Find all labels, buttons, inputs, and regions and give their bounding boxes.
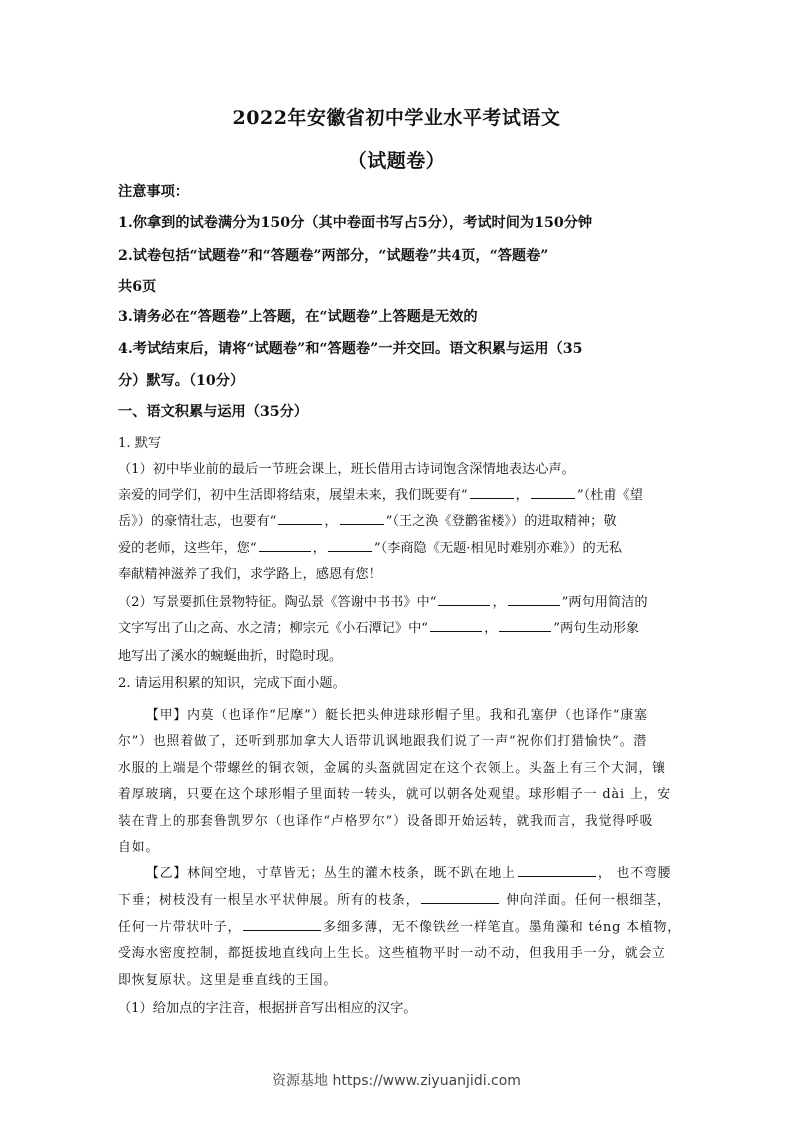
question-2-label: 2. 请运用积累的知识，完成下面小题。 — [118, 672, 346, 691]
question-1-part2-line: 文字写出了山之高、水之清；柳宗元《小石潭记》中“，”两句生动形象 — [118, 617, 639, 636]
notice-item: 3.请务必在“答题卷”上答题，在“试题卷”上答题是无效的 — [118, 306, 478, 326]
section-heading: 一、语文积累与运用（35分） — [118, 401, 308, 421]
footer-watermark: 资源基地 https://www.ziyuanjidi.com — [0, 1070, 793, 1090]
question-1-part1-line: 爱的老师，这些年，您“，”（李商隐《无题·相见时难别亦难》）的无私 — [118, 537, 622, 556]
answer-blank[interactable] — [470, 486, 514, 499]
answer-blank[interactable] — [278, 512, 322, 525]
answer-blank[interactable] — [438, 593, 490, 606]
exam-page: 2022年安徽省初中学业水平考试语文 （试题卷） 注意事项： 1.你拿到的试卷满… — [0, 0, 793, 1122]
passage-yi-line: 【乙】林间空地，寸草皆无；丛生的灌木枝条，既不趴在地上， 也不弯腰 — [146, 862, 671, 881]
answer-blank[interactable] — [421, 891, 499, 904]
question-1-part1-line: 奉献精神滋养了我们，求学路上，感恩有您！ — [118, 563, 382, 582]
passage-jia-line: 尔”）也照着做了，还听到那加拿大人语带讥讽地跟我们说了一声“祝你们打猎愉快”。潜 — [118, 730, 647, 749]
answer-blank[interactable] — [531, 486, 575, 499]
notice-item: 共6页 — [118, 276, 156, 296]
question-1-label: 1. 默写 — [118, 432, 161, 451]
answer-blank[interactable] — [430, 619, 482, 632]
notice-heading: 注意事项： — [118, 181, 189, 201]
passage-yi-line: 任何一片带状叶子，多细多薄，无不像铁丝一样笔直。墨角藻和 téng 本植物， — [118, 916, 681, 935]
passage-jia-line: 水服的上端是个带螺丝的铜衣领，金属的头盔就固定在这个衣领上。头盔上有三个大洞，镶 — [118, 757, 666, 776]
question-2-sub1: （1）给加点的字注音，根据拼音写出相应的汉字。 — [118, 997, 417, 1016]
notice-item: 1.你拿到的试卷满分为150分（其中卷面书写占5分），考试时间为150分钟 — [118, 212, 592, 232]
answer-blank[interactable] — [499, 619, 551, 632]
question-1-part1-intro: （1）初中毕业前的最后一节班会课上，班长借用古诗词饱含深情地表达心声。 — [118, 458, 575, 477]
answer-blank[interactable] — [340, 512, 384, 525]
passage-jia-line: 着厚玻璃，只要在这个球形帽子里面转一转头，就可以朝各处观望。球形帽子一 dài … — [118, 783, 671, 802]
passage-jia-line: 【甲】内莫（也译作“尼摩”）艇长把头伸进球形帽子里。我和孔塞伊（也译作“康塞 — [146, 704, 648, 723]
notice-item: 2.试卷包括“试题卷”和“答题卷”两部分，“试题卷”共4页，“答题卷” — [118, 245, 548, 265]
notice-item: 4.考试结束后，请将“试题卷”和“答题卷”一并交回。语文积累与运用（35 — [118, 338, 582, 358]
passage-yi-line: 受海水密度控制，都挺拔地直线向上生长。这些植物平时一动不动，但我用手一分，就会立 — [118, 942, 666, 961]
answer-blank[interactable] — [518, 864, 596, 877]
question-1-part1-line: 岳》）的豪情壮志，也要有“，”（王之涣《登鹳雀楼》）的进取精神；敬 — [118, 510, 617, 529]
page-subtitle: （试题卷） — [0, 146, 793, 173]
passage-yi-line: 下垂；树枝没有一根呈水平状伸展。所有的枝条， 伸向洋面。任何一根细茎， — [118, 889, 671, 908]
answer-blank[interactable] — [243, 918, 321, 931]
passage-jia-line: 自如。 — [118, 836, 159, 855]
page-title: 2022年安徽省初中学业水平考试语文 — [0, 103, 793, 130]
answer-blank[interactable] — [259, 539, 311, 552]
answer-blank[interactable] — [508, 593, 560, 606]
question-1-part1-line: 亲爱的同学们，初中生活即将结束，展望未来，我们既要有“，”（杜甫《望 — [118, 484, 643, 503]
question-1-part2-line: 地写出了溪水的蜿蜒曲折，时隐时现。 — [118, 645, 342, 664]
notice-item: 分）默写。（10分） — [118, 370, 244, 390]
passage-yi-line: 即恢复原状。这里是垂直线的王国。 — [118, 969, 337, 988]
question-1-part2-line: （2）写景要抓住景物特征。陶弘景《答谢中书书》中“，”两句用简洁的 — [118, 591, 648, 610]
passage-jia-line: 装在背上的那套鲁凯罗尔（也译作“卢格罗尔”）设备即开始运转，就我而言，我觉得呼吸 — [118, 810, 653, 829]
answer-blank[interactable] — [328, 539, 372, 552]
